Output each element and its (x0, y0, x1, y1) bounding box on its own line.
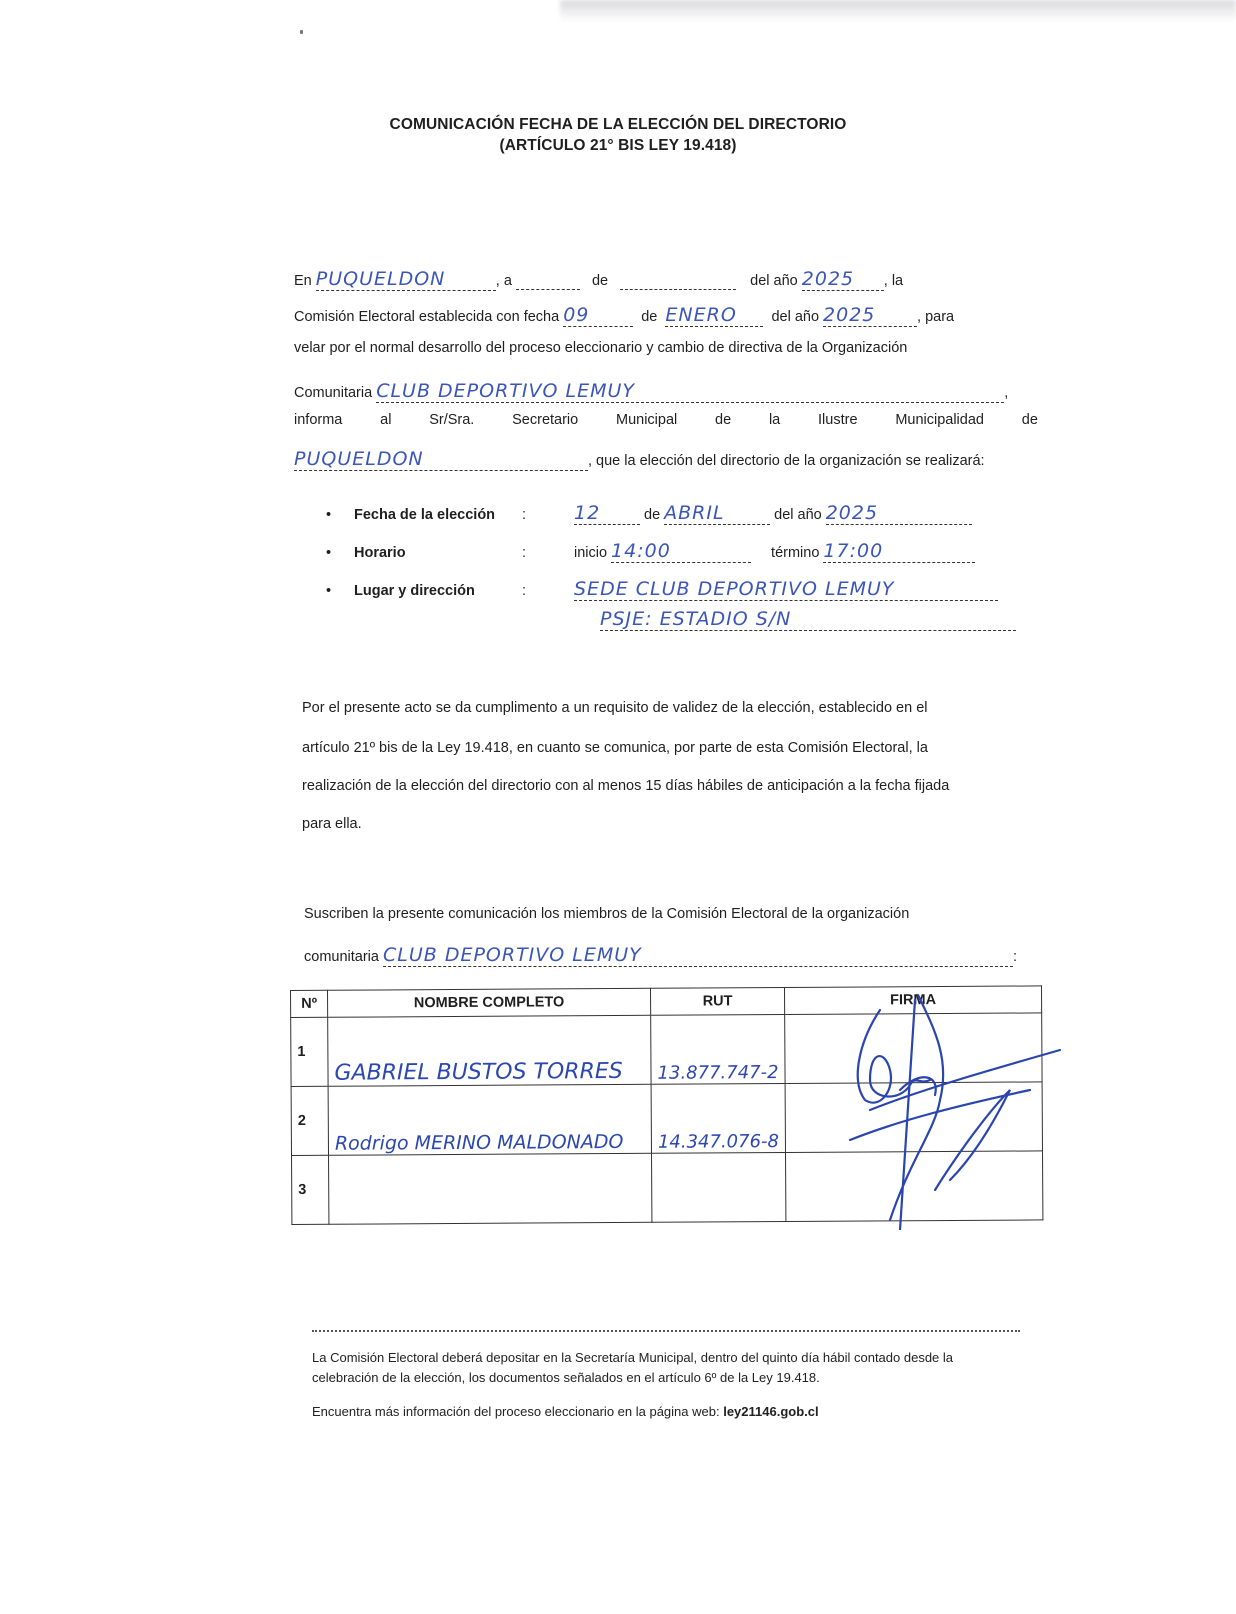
colon: : (1013, 949, 1017, 965)
day-blank (516, 273, 580, 290)
footer-note-line-1: La Comisión Electoral deberá depositar e… (312, 1350, 953, 1365)
fecha-mes-value: ENERO (665, 304, 736, 326)
election-month-field: ABRIL (664, 502, 770, 525)
inicio-value: 14:00 (611, 540, 671, 562)
inicio-label: inicio (574, 545, 607, 561)
election-day-field: 12 (574, 502, 640, 525)
organizacion-value: CLUB DEPORTIVO LEMUY (376, 380, 635, 402)
en-label: En (294, 273, 312, 289)
intro-line-6: PUQUELDON, que la elección del directori… (294, 448, 985, 471)
horario-label: Horario (354, 545, 522, 561)
footer-info-text: Encuentra más información del proceso el… (312, 1404, 720, 1419)
lugar-line-1-field: SEDE CLUB DEPORTIVO LEMUY (574, 578, 998, 601)
footer-note-line-2: celebración de la elección, los document… (312, 1370, 820, 1385)
comunitaria-label: comunitaria (304, 949, 379, 965)
legal-line-2: artículo 21º bis de la Ley 19.418, en cu… (302, 740, 928, 756)
rut-value: 14.347.076-8 (658, 1131, 779, 1153)
word: informa (294, 412, 342, 428)
rut-cell: 14.347.076-8 (651, 1083, 785, 1153)
la-label: , la (884, 273, 903, 289)
nombre-cell: GABRIEL BUSTOS TORRES (328, 1015, 651, 1086)
comunitaria-label: Comunitaria (294, 385, 372, 401)
de-label: de (644, 507, 660, 523)
lugar-line-1-value: SEDE CLUB DEPORTIVO LEMUY (574, 578, 895, 600)
rut-cell (652, 1152, 786, 1222)
scan-shadow (560, 0, 1236, 22)
word: de (715, 412, 731, 428)
nombre-cell: Rodrigo MERINO MALDONADO (328, 1084, 651, 1155)
municipalidad-value: PUQUELDON (294, 448, 424, 470)
bullet-icon: • (326, 507, 354, 523)
termino-value: 17:00 (823, 540, 883, 562)
detail-fecha: • Fecha de la elección : 12 de ABRIL del… (326, 502, 972, 525)
intro-line-5: informa al Sr/Sra. Secretario Municipal … (294, 412, 1038, 428)
nombre-value: GABRIEL BUSTOS TORRES (334, 1059, 622, 1086)
election-month-value: ABRIL (664, 502, 724, 524)
del-anio-label: del año (750, 273, 798, 289)
fecha-del-anio-label: del año (771, 309, 819, 325)
detail-horario: • Horario : inicio 14:00 término 17:00 (326, 540, 975, 563)
subscribe-line-1: Suscriben la presente comunicación los m… (304, 906, 909, 922)
word: Secretario (512, 412, 578, 428)
word: Ilustre (818, 412, 858, 428)
para-label: , para (917, 309, 954, 325)
colon: : (522, 583, 574, 599)
row-num: 3 (292, 1155, 329, 1224)
subscribe-organizacion-field: CLUB DEPORTIVO LEMUY (383, 944, 1013, 967)
footer-info-link[interactable]: ley21146.gob.cl (723, 1404, 818, 1419)
document-title: COMUNICACIÓN FECHA DE LA ELECCIÓN DEL DI… (0, 116, 1236, 134)
footer-divider (312, 1330, 1020, 1332)
header-num: Nº (291, 990, 328, 1017)
comision-text: Comisión Electoral establecida con fecha (294, 309, 559, 325)
colon: : (522, 545, 574, 561)
nombre-cell (329, 1153, 652, 1224)
fecha-de-label: de (641, 309, 657, 325)
lugar-line-2-value: PSJE: ESTADIO S/N (600, 608, 791, 630)
del-anio-label: del año (774, 507, 822, 523)
word: Municipal (616, 412, 677, 428)
month-blank (620, 273, 736, 290)
bullet-icon: • (326, 545, 354, 561)
lugar-line-2: PSJE: ESTADIO S/N (600, 608, 1016, 631)
election-year-field: 2025 (826, 502, 972, 525)
fecha-label: Fecha de la elección (354, 507, 522, 523)
legal-line-3: realización de la elección del directori… (302, 778, 949, 794)
document-subtitle: (ARTÍCULO 21° BIS LEY 19.418) (0, 137, 1236, 155)
bullet-icon: • (326, 583, 354, 599)
fecha-anio-field: 2025 (823, 304, 917, 327)
election-year-value: 2025 (826, 502, 878, 524)
city-field: PUQUELDON (316, 268, 496, 291)
header-nombre: NOMBRE COMPLETO (328, 988, 651, 1017)
termino-field: 17:00 (823, 540, 975, 563)
word: al (380, 412, 391, 428)
intro-line-4: Comunitaria CLUB DEPORTIVO LEMUY, (294, 380, 1008, 403)
header-rut: RUT (650, 987, 784, 1015)
colon: : (522, 507, 574, 523)
de-label: de (592, 273, 608, 289)
legal-line-4: para ella. (302, 816, 362, 832)
intro-line-2: Comisión Electoral establecida con fecha… (294, 304, 954, 327)
word: de (1022, 412, 1038, 428)
scan-speck (300, 30, 303, 34)
inicio-field: 14:00 (611, 540, 751, 563)
rut-value: 13.877.747-2 (657, 1062, 778, 1084)
row-num: 2 (291, 1086, 328, 1155)
intro-line-1: En PUQUELDON, a de del año 2025, la (294, 268, 1038, 291)
fecha-dia-field: 09 (563, 304, 633, 327)
legal-line-1: Por el presente acto se da cumplimento a… (302, 700, 928, 716)
footer-info: Encuentra más información del proceso el… (312, 1404, 819, 1419)
municipalidad-field: PUQUELDON (294, 448, 588, 471)
year-value: 2025 (802, 268, 854, 290)
detail-lugar: • Lugar y dirección : SEDE CLUB DEPORTIV… (326, 578, 998, 601)
city-value: PUQUELDON (316, 268, 446, 290)
signature-icon (840, 990, 1070, 1230)
intro-line-3: velar por el normal desarrollo del proce… (294, 340, 907, 356)
word: Sr/Sra. (429, 412, 474, 428)
fecha-dia-value: 09 (563, 304, 589, 326)
subscribe-line-2: comunitaria CLUB DEPORTIVO LEMUY: (304, 944, 1017, 967)
termino-label: término (771, 545, 819, 561)
subscribe-organizacion-value: CLUB DEPORTIVO LEMUY (383, 944, 642, 966)
election-day-value: 12 (574, 502, 600, 524)
fecha-mes-field: ENERO (665, 304, 763, 327)
row-num: 1 (291, 1017, 328, 1086)
word: la (769, 412, 780, 428)
a-label: , a (496, 273, 512, 289)
realizara-text: , que la elección del directorio de la o… (588, 453, 985, 469)
nombre-value: Rodrigo MERINO MALDONADO (335, 1131, 624, 1155)
year-field: 2025 (802, 268, 884, 291)
word: Municipalidad (895, 412, 984, 428)
organizacion-field: CLUB DEPORTIVO LEMUY (376, 380, 1004, 403)
lugar-label: Lugar y dirección (354, 583, 522, 599)
fecha-anio-value: 2025 (823, 304, 875, 326)
lugar-line-2-field: PSJE: ESTADIO S/N (600, 608, 1016, 631)
rut-cell: 13.877.747-2 (651, 1014, 785, 1084)
